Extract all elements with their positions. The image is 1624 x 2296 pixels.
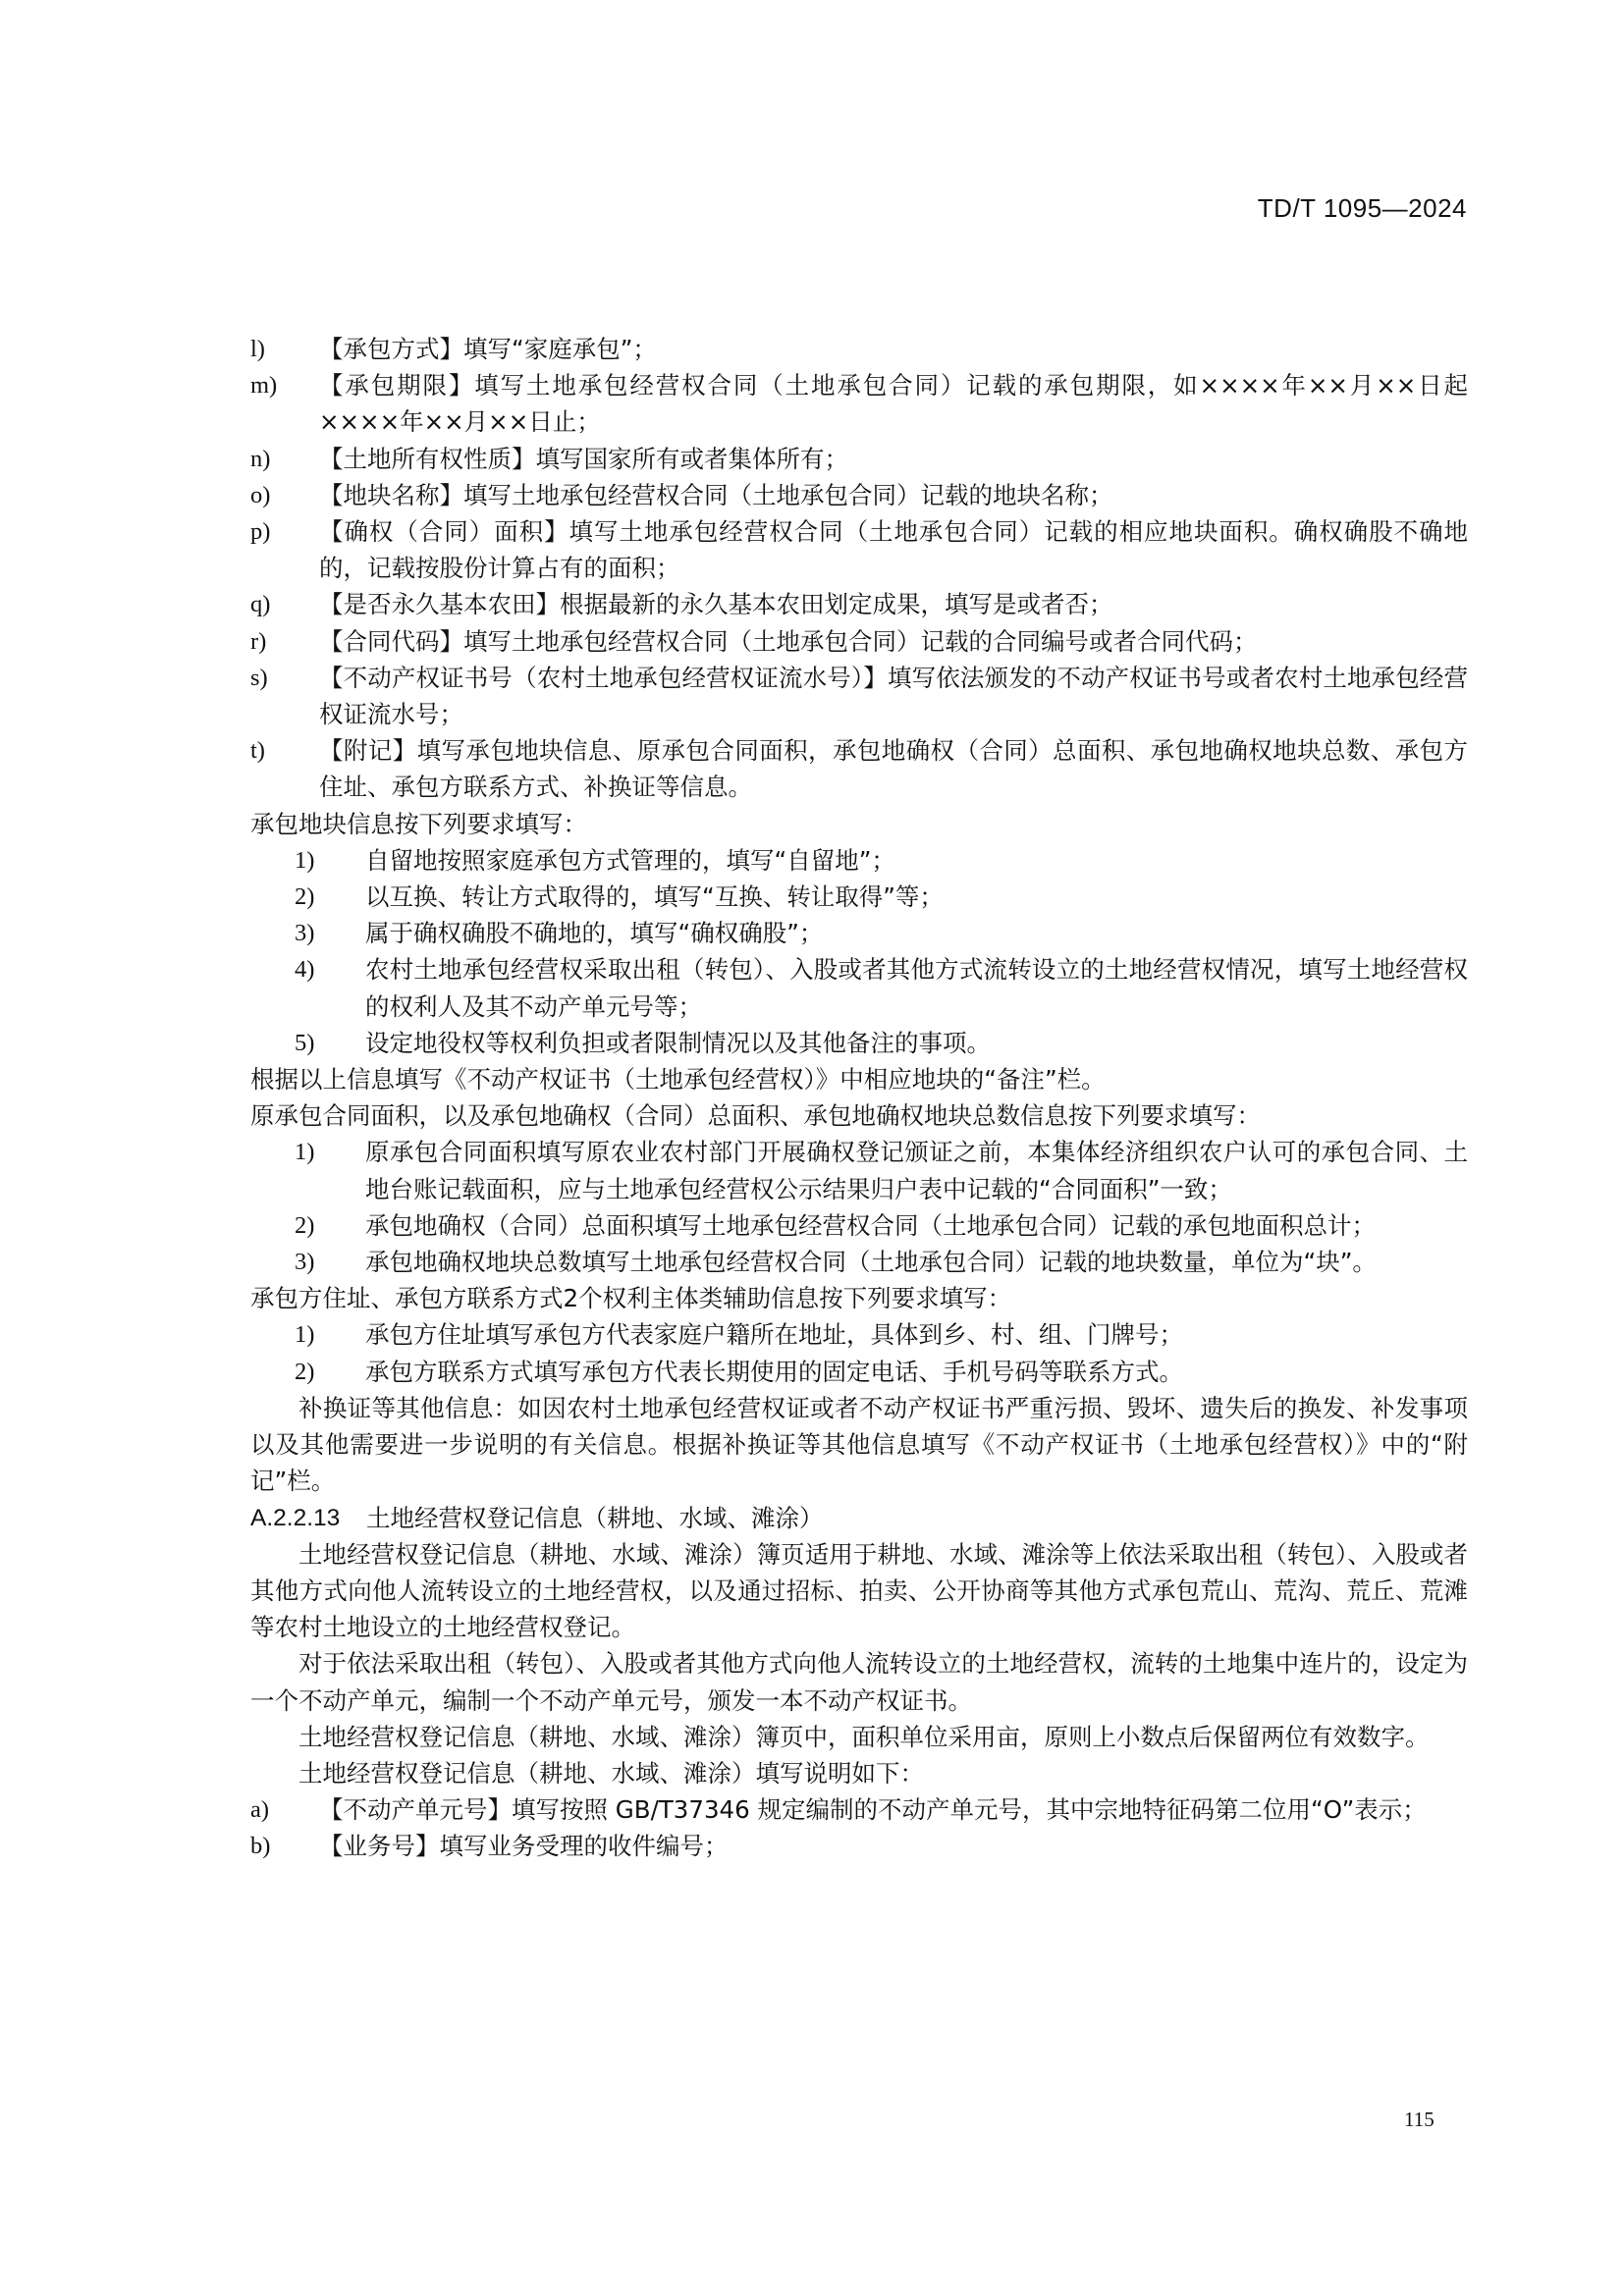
list-text: 【合同代码】填写土地承包经营权合同（土地承包合同）记载的合同编号或者合同代码； (319, 623, 1468, 660)
list-marker: 1) (295, 1134, 365, 1206)
list-marker: r) (250, 623, 319, 660)
list-item-r: r)【合同代码】填写土地承包经营权合同（土地承包合同）记载的合同编号或者合同代码… (250, 623, 1468, 660)
list-text: 【确权（合同）面积】填写土地承包经营权合同（土地承包合同）记载的相应地块面积。确… (319, 513, 1468, 586)
list-marker: 2) (295, 1354, 365, 1390)
list-marker: 4) (295, 951, 365, 1024)
list-item-t: t)【附记】填写承包地块信息、原承包合同面积，承包地确权（合同）总面积、承包地确… (250, 732, 1468, 805)
list-item-s: s)【不动产权证书号（农村土地承包经营权证流水号）】填写依法颁发的不动产权证书号… (250, 660, 1468, 732)
list-marker: l) (250, 331, 319, 367)
list-item-q: q)【是否永久基本农田】根据最新的永久基本农田划定成果，填写是或者否； (250, 586, 1468, 622)
section-paragraph-1: 土地经营权登记信息（耕地、水域、滩涂）簿页适用于耕地、水域、滩涂等上依法采取出租… (250, 1536, 1468, 1646)
contractor-item-1: 1)承包方住址填写承包方代表家庭户籍所在地址，具体到乡、村、组、门牌号； (250, 1316, 1468, 1353)
list-marker: 3) (295, 915, 365, 951)
section-paragraph-3: 土地经营权登记信息（耕地、水域、滩涂）簿页中，面积单位采用亩，原则上小数点后保留… (250, 1719, 1468, 1755)
list-text: 设定地役权等权利负担或者限制情况以及其他备注的事项。 (365, 1025, 1468, 1061)
list-text: 承包地确权（合同）总面积填写土地承包经营权合同（土地承包合同）记载的承包地面积总… (365, 1207, 1468, 1244)
list-marker: n) (250, 441, 319, 477)
list-marker: s) (250, 660, 319, 732)
list-text: 【是否永久基本农田】根据最新的永久基本农田划定成果，填写是或者否； (319, 586, 1468, 622)
list-text: 原承包合同面积填写原农业农村部门开展确权登记颁证之前，本集体经济组织农户认可的承… (365, 1134, 1468, 1206)
parcel-item-3: 3)属于确权确股不确地的，填写“确权确股”； (250, 915, 1468, 951)
section-paragraph-4: 土地经营权登记信息（耕地、水域、滩涂）填写说明如下： (250, 1755, 1468, 1791)
reissue-info-paragraph: 补换证等其他信息：如因农村土地承包经营权证或者不动产权证书严重污损、毁坏、遗失后… (250, 1390, 1468, 1500)
list-text: 【承包方式】填写“家庭承包”； (319, 331, 1468, 367)
list-text: 承包方联系方式填写承包方代表长期使用的固定电话、手机号码等联系方式。 (365, 1354, 1468, 1390)
list-marker: 1) (295, 842, 365, 879)
list-text: 承包地确权地块总数填写土地承包经营权合同（土地承包合同）记载的地块数量，单位为“… (365, 1244, 1468, 1280)
list-marker: b) (250, 1828, 319, 1864)
parcel-info-outro: 根据以上信息填写《不动产权证书（土地承包经营权）》中相应地块的“备注”栏。 (250, 1061, 1468, 1097)
list-item-p: p)【确权（合同）面积】填写土地承包经营权合同（土地承包合同）记载的相应地块面积… (250, 513, 1468, 586)
list-text: 【承包期限】填写土地承包经营权合同（土地承包合同）记载的承包期限，如××××年×… (319, 367, 1468, 440)
parcel-item-5: 5)设定地役权等权利负担或者限制情况以及其他备注的事项。 (250, 1025, 1468, 1061)
area-info-intro: 原承包合同面积，以及承包地确权（合同）总面积、承包地确权地块总数信息按下列要求填… (250, 1097, 1468, 1134)
list-text: 【附记】填写承包地块信息、原承包合同面积，承包地确权（合同）总面积、承包地确权地… (319, 732, 1468, 805)
list-marker: 5) (295, 1025, 365, 1061)
parcel-item-4: 4)农村土地承包经营权采取出租（转包）、入股或者其他方式流转设立的土地经营权情况… (250, 951, 1468, 1024)
list-text: 承包方住址填写承包方代表家庭户籍所在地址，具体到乡、村、组、门牌号； (365, 1316, 1468, 1353)
list-item-n: n)【土地所有权性质】填写国家所有或者集体所有； (250, 441, 1468, 477)
list-text: 农村土地承包经营权采取出租（转包）、入股或者其他方式流转设立的土地经营权情况，填… (365, 951, 1468, 1024)
list-marker: 3) (295, 1244, 365, 1280)
list-text: 属于确权确股不确地的，填写“确权确股”； (365, 915, 1468, 951)
section-heading: A.2.2.13 土地经营权登记信息（耕地、水域、滩涂） (250, 1500, 1468, 1536)
section-number: A.2.2.13 (250, 1500, 366, 1536)
contractor-info-intro: 承包方住址、承包方联系方式2个权利主体类辅助信息按下列要求填写： (250, 1280, 1468, 1316)
section-item-b: b)【业务号】填写业务受理的收件编号； (250, 1828, 1468, 1864)
list-text: 【地块名称】填写土地承包经营权合同（土地承包合同）记载的地块名称； (319, 477, 1468, 513)
list-marker: q) (250, 586, 319, 622)
parcel-info-intro: 承包地块信息按下列要求填写： (250, 806, 1468, 842)
area-item-1: 1)原承包合同面积填写原农业农村部门开展确权登记颁证之前，本集体经济组织农户认可… (250, 1134, 1468, 1206)
list-marker: a) (250, 1791, 319, 1828)
list-item-m: m)【承包期限】填写土地承包经营权合同（土地承包合同）记载的承包期限，如××××… (250, 367, 1468, 440)
list-marker: 2) (295, 1207, 365, 1244)
standard-code-header: TD/T 1095—2024 (1258, 193, 1467, 224)
section-item-a: a)【不动产单元号】填写按照 GB/T37346 规定编制的不动产单元号，其中宗… (250, 1791, 1468, 1828)
list-text: 【不动产单元号】填写按照 GB/T37346 规定编制的不动产单元号，其中宗地特… (319, 1791, 1468, 1828)
list-marker: 1) (295, 1316, 365, 1353)
list-text: 【土地所有权性质】填写国家所有或者集体所有； (319, 441, 1468, 477)
area-item-2: 2)承包地确权（合同）总面积填写土地承包经营权合同（土地承包合同）记载的承包地面… (250, 1207, 1468, 1244)
list-marker: m) (250, 367, 319, 440)
contractor-item-2: 2)承包方联系方式填写承包方代表长期使用的固定电话、手机号码等联系方式。 (250, 1354, 1468, 1390)
list-item-o: o)【地块名称】填写土地承包经营权合同（土地承包合同）记载的地块名称； (250, 477, 1468, 513)
list-marker: 2) (295, 879, 365, 915)
list-text: 以互换、转让方式取得的，填写“互换、转让取得”等； (365, 879, 1468, 915)
list-marker: o) (250, 477, 319, 513)
list-marker: t) (250, 732, 319, 805)
area-item-3: 3)承包地确权地块总数填写土地承包经营权合同（土地承包合同）记载的地块数量，单位… (250, 1244, 1468, 1280)
list-text: 自留地按照家庭承包方式管理的，填写“自留地”； (365, 842, 1468, 879)
page-number: 115 (1404, 2108, 1435, 2132)
document-body: l)【承包方式】填写“家庭承包”； m)【承包期限】填写土地承包经营权合同（土地… (250, 331, 1468, 1865)
list-marker: p) (250, 513, 319, 586)
list-item-l: l)【承包方式】填写“家庭承包”； (250, 331, 1468, 367)
list-text: 【不动产权证书号（农村土地承包经营权证流水号）】填写依法颁发的不动产权证书号或者… (319, 660, 1468, 732)
parcel-item-1: 1)自留地按照家庭承包方式管理的，填写“自留地”； (250, 842, 1468, 879)
parcel-item-2: 2)以互换、转让方式取得的，填写“互换、转让取得”等； (250, 879, 1468, 915)
list-text: 【业务号】填写业务受理的收件编号； (319, 1828, 1468, 1864)
section-paragraph-2: 对于依法采取出租（转包）、入股或者其他方式向他人流转设立的土地经营权，流转的土地… (250, 1645, 1468, 1718)
section-title: 土地经营权登记信息（耕地、水域、滩涂） (366, 1500, 824, 1536)
